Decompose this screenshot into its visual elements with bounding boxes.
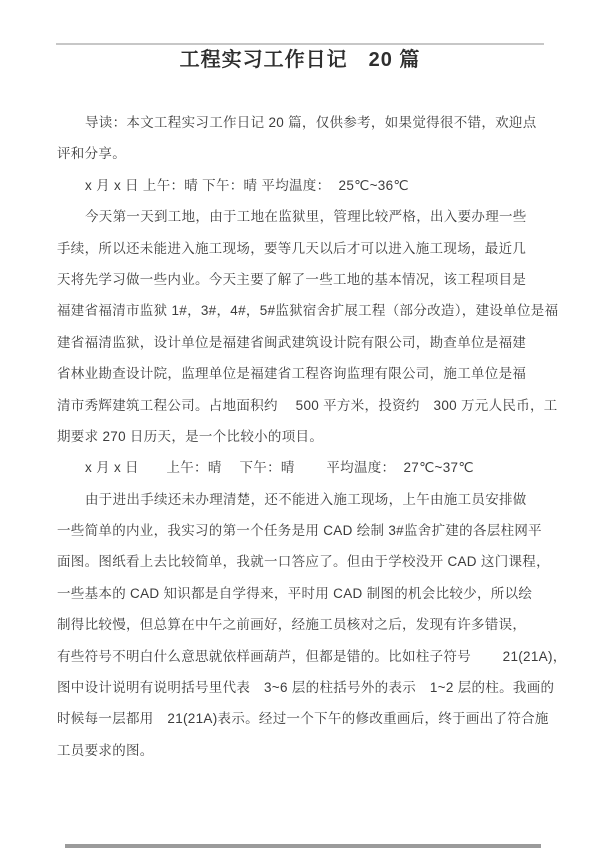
text-line: 天将先学习做一些内业。今天主要了解了一些工地的基本情况，该工程项目是 [57,264,545,295]
text-line: 评和分享。 [57,138,545,169]
text-line: 一些简单的内业，我实习的第一个任务是用 CAD 绘制 3#监舍扩建的各层柱网平 [57,515,545,546]
text-line: 面图。图纸看上去比较简单，我就一口答应了。但由于学校没开 CAD 这门课程， [57,546,545,577]
text-line: 制得比较慢，但总算在中午之前画好，经施工员核对之后，发现有许多错误， [57,609,545,640]
header-rule [56,43,544,45]
text-line: 建省福清监狱，设计单位是福建省闽武建筑设计院有限公司，勘查单位是福建 [57,327,545,358]
text-line: 今天第一天到工地，由于工地在监狱里，管理比较严格，出入要办理一些 [57,201,545,232]
text-line: 一些基本的 CAD 知识都是自学得来，平时用 CAD 制图的机会比较少，所以绘 [57,578,545,609]
text-line: 福建省福清市监狱 1#，3#，4#，5#监狱宿舍扩展工程（部分改造），建设单位是… [57,295,545,326]
text-line: 手续，所以还未能进入施工现场，要等几天以后才可以进入施工现场，最近几 [57,233,545,264]
text-line: 图中设计说明有说明括号里代表 3~6 层的柱括号外的表示 1~2 层的柱。我画的 [57,672,545,703]
text-line: 期要求 270 日历天，是一个比较小的项目。 [57,421,545,452]
page-footer-rule [65,844,541,848]
page-title: 工程实习工作日记 20 篇 [0,47,600,73]
document-page: 工程实习工作日记 20 篇 导读：本文工程实习工作日记 20 篇，仅供参考，如果… [0,0,600,849]
text-line: 清市秀辉建筑工程公司。占地面积约 500 平方米，投资约 300 万元人民币，工 [57,390,545,421]
text-line: 有些符号不明白什么意思就依样画葫芦，但都是错的。比如柱子符号 21(21A)， [57,641,545,672]
text-line: x 月 x 日 上午：晴 下午：晴 平均温度： 25℃~36℃ [57,170,545,201]
text-line: x 月 x 日 上午：晴 下午：晴 平均温度： 27℃~37℃ [57,452,545,483]
text-line: 导读：本文工程实习工作日记 20 篇，仅供参考，如果觉得很不错，欢迎点 [57,107,545,138]
text-line: 工员要求的图。 [57,735,545,766]
text-line: 由于进出手续还未办理清楚，还不能进入施工现场，上午由施工员安排做 [57,484,545,515]
document-body: 导读：本文工程实习工作日记 20 篇，仅供参考，如果觉得很不错，欢迎点 评和分享… [57,107,545,766]
text-line: 时候每一层都用 21(21A)表示。经过一个下午的修改重画后，终于画出了符合施 [57,703,545,734]
text-line: 省林业勘查设计院，监理单位是福建省工程咨询监理有限公司，施工单位是福 [57,358,545,389]
